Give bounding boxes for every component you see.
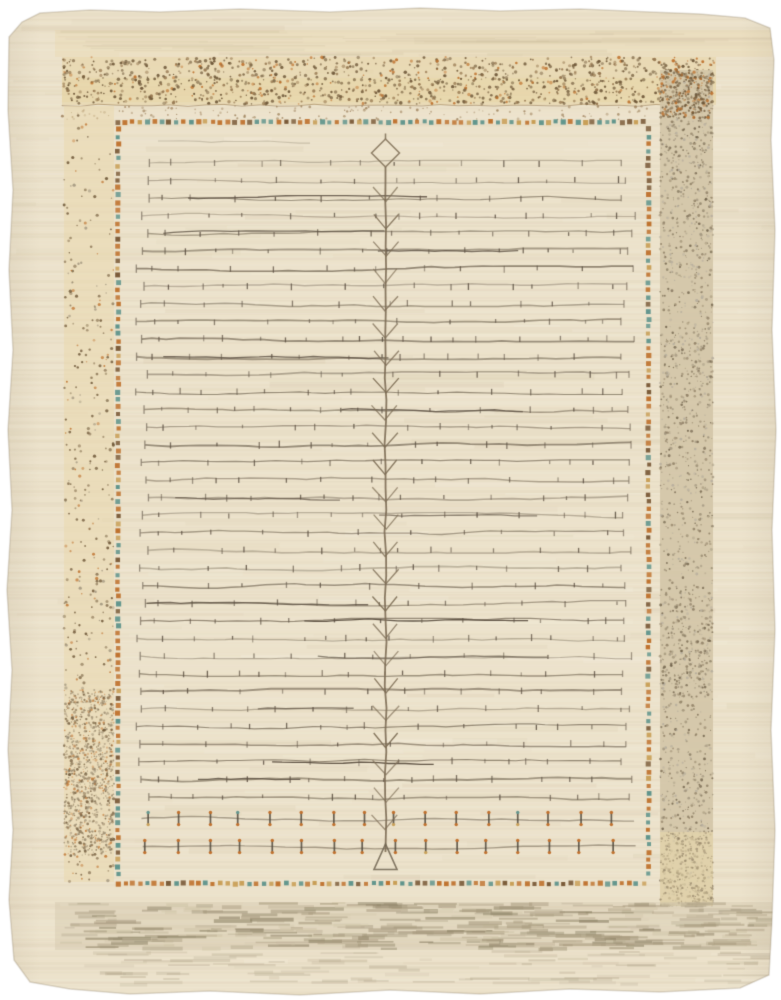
gabbeh-rug-image bbox=[0, 0, 781, 1000]
product-photo bbox=[0, 0, 781, 1000]
